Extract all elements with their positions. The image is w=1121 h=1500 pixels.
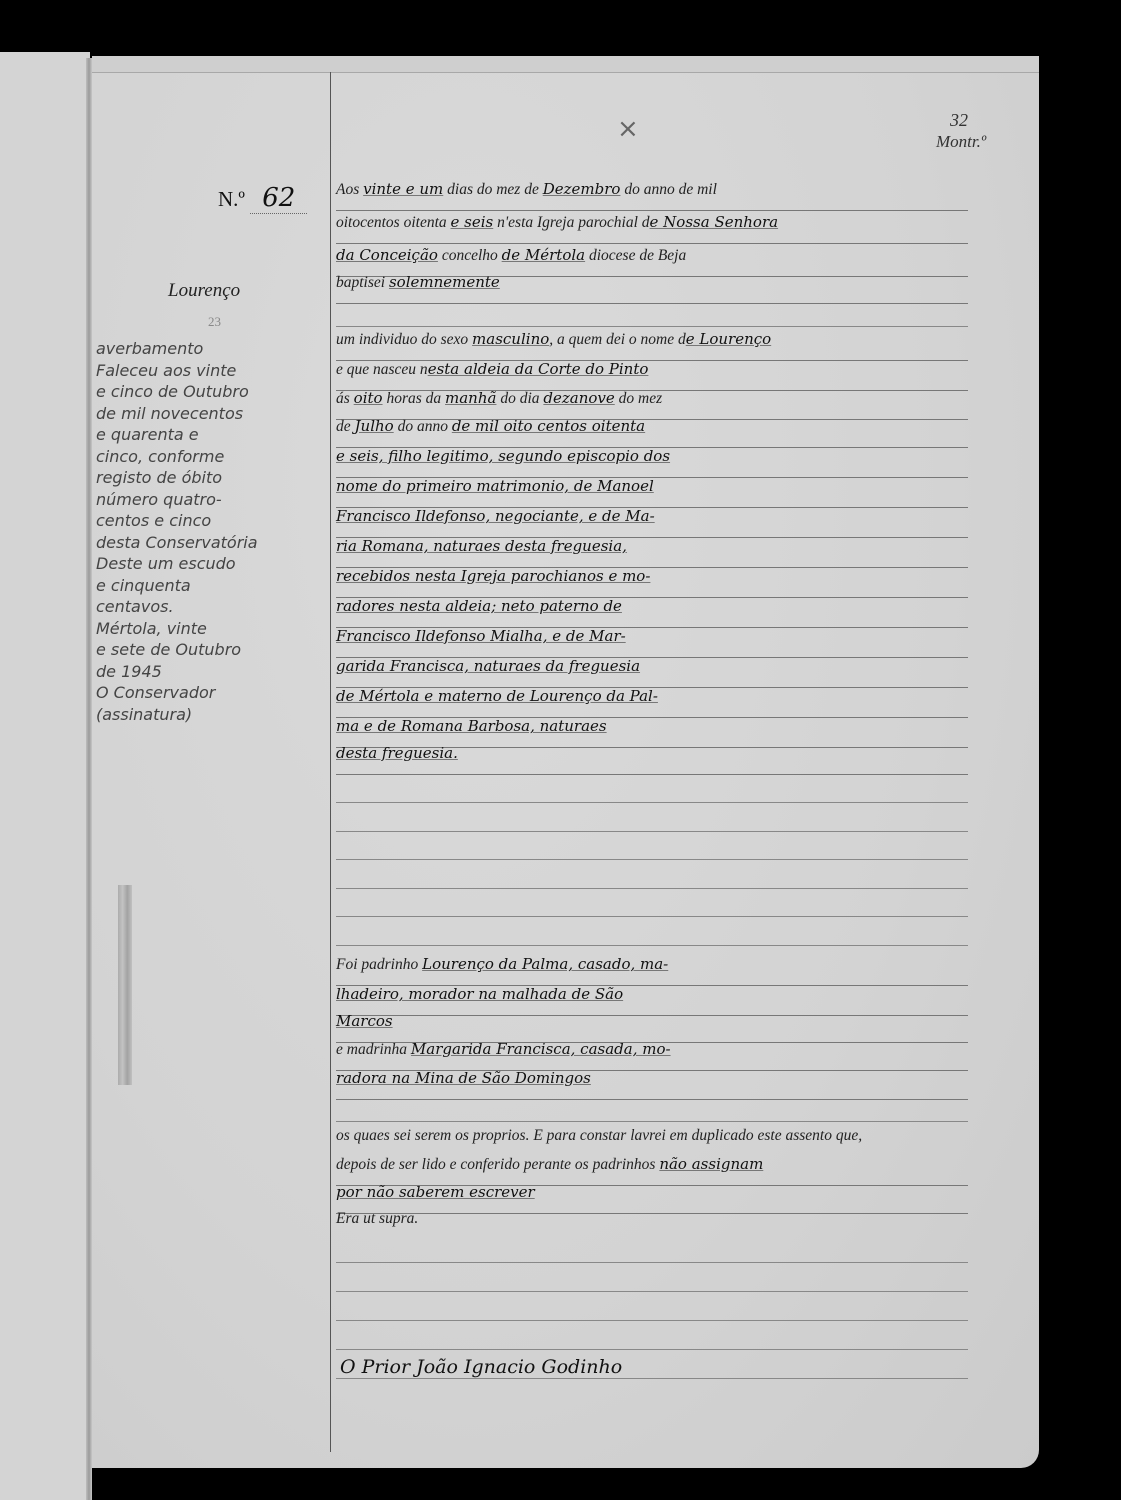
godfather-line: Marcos: [336, 1012, 968, 1043]
godmother-line: radora na Mina de São Domingos: [336, 1069, 968, 1100]
entry-number: N.º 62: [218, 183, 307, 213]
annotation-line: centos e cinco: [96, 510, 328, 532]
ruled-line: [336, 1291, 968, 1292]
printed-text: e que nasceu n: [336, 361, 428, 378]
ruled-line: [336, 802, 968, 803]
handwritten-text: ria Romana, naturaes desta freguesia,: [336, 537, 627, 555]
handwritten-text: radores nesta aldeia; neto paterno de: [336, 597, 622, 615]
annotation-line: e cinquenta: [96, 575, 328, 597]
handwritten-text: por não saberem escrever: [336, 1183, 535, 1201]
closing-line: depois de ser lido e conferido perante o…: [336, 1155, 968, 1186]
handwritten-text: vinte e um: [363, 180, 443, 198]
handwritten-text: não assignam: [659, 1155, 763, 1173]
bookmark-ribbon: [118, 885, 132, 1085]
printed-text: horas da: [383, 390, 445, 407]
body-line: de Julho do anno de mil oito centos oite…: [336, 417, 968, 448]
handwritten-text: oito: [354, 389, 383, 407]
body-line: ás oito horas da manhã do dia dezanove d…: [336, 389, 968, 420]
handwritten-text: e Lourenço: [686, 330, 771, 348]
body-line: ria Romana, naturaes desta freguesia,: [336, 537, 968, 568]
handwritten-text: Lourenço da Palma, casado, ma-: [422, 955, 668, 973]
handwritten-text: ma e de Romana Barbosa, naturaes: [336, 717, 607, 735]
handwritten-text: dezanove: [543, 389, 614, 407]
handwritten-text: e seis, filho legitimo, segundo episcopi…: [336, 447, 670, 465]
body-line: Francisco Ildefonso, negociante, e de Ma…: [336, 507, 968, 538]
ruled-line: [336, 831, 968, 832]
godfather-line: Foi padrinho Lourenço da Palma, casado, …: [336, 955, 968, 986]
ruled-line: [336, 916, 968, 917]
entry-number-label: N.º: [218, 187, 245, 211]
closing-line: os quaes sei serem os proprios. E para c…: [336, 1127, 968, 1157]
printed-text: e madrinha: [336, 1041, 411, 1058]
priest-signature: O Prior João Ignacio Godinho: [340, 1356, 622, 1378]
margin-rule-line: [330, 72, 331, 1452]
annotation-line: e sete de Outubro: [96, 639, 328, 661]
handwritten-text: Francisco Ildefonso, negociante, e de Ma…: [336, 507, 655, 525]
body-line: e que nasceu nesta aldeia da Corte do Pi…: [336, 360, 968, 391]
handwritten-text: de Mértola: [502, 246, 585, 264]
annotation-line: centavos.: [96, 596, 328, 618]
ruled-line: [336, 859, 968, 860]
margin-baptized-name: Lourenço: [168, 280, 240, 302]
printed-text: n'esta Igreja parochial d: [493, 214, 649, 231]
ruled-line: [336, 1378, 968, 1379]
handwritten-text: de Mértola e materno de Lourenço da Pal-: [336, 687, 658, 705]
handwritten-text: e Nossa Senhora: [650, 213, 779, 231]
printed-text: do mez: [615, 390, 662, 407]
printed-text: Aos: [336, 181, 363, 198]
handwritten-text: Margarida Francisca, casada, mo-: [411, 1040, 671, 1058]
annotation-signature: (assinatura): [96, 704, 328, 726]
handwritten-text: desta freguesia.: [336, 744, 458, 762]
printed-text: Era ut supra.: [336, 1210, 418, 1227]
body-line: radores nesta aldeia; neto paterno de: [336, 597, 968, 628]
handwritten-text: recebidos nesta Igreja parochianos e mo-: [336, 567, 650, 585]
page-top-edge: [92, 56, 1039, 73]
handwritten-text: nome do primeiro matrimonio, de Manoel: [336, 477, 654, 495]
handwritten-text: garida Francisca, naturaes da freguesia: [336, 657, 640, 675]
ruled-line: [336, 326, 968, 327]
corner-x-mark: ×: [617, 114, 639, 144]
printed-text: do anno de mil: [620, 181, 716, 198]
ruled-line: [336, 1320, 968, 1321]
printed-text: do anno: [394, 418, 452, 435]
annotation-line: averbamento: [96, 338, 328, 360]
annotation-line: número quatro-: [96, 489, 328, 511]
annotation-line: Mértola, vinte: [96, 618, 328, 640]
body-line: recebidos nesta Igreja parochianos e mo-: [336, 567, 968, 598]
printed-text: Foi padrinho: [336, 956, 422, 973]
printed-text: concelho: [438, 247, 502, 264]
body-line: e seis, filho legitimo, segundo episcopi…: [336, 447, 968, 478]
printed-text: os quaes sei serem os proprios. E para c…: [336, 1127, 862, 1144]
handwritten-text: Julho: [355, 417, 394, 435]
godmother-line: e madrinha Margarida Francisca, casada, …: [336, 1040, 968, 1071]
body-line: de Mértola e materno de Lourenço da Pal-: [336, 687, 968, 718]
handwritten-text: esta aldeia da Corte do Pinto: [428, 360, 649, 378]
printed-text: baptisei: [336, 274, 389, 291]
margin-death-annotation: averbamento Faleceu aos vinte e cinco de…: [96, 338, 328, 725]
page-note: Montr.º: [936, 132, 986, 152]
body-line: Francisco Ildefonso Mialha, e de Mar-: [336, 627, 968, 658]
annotation-line: e cinco de Outubro: [96, 381, 328, 403]
printed-text: dias do mez de: [443, 181, 542, 198]
printed-text: diocese de Beja: [585, 247, 686, 264]
handwritten-text: da Conceição: [336, 246, 438, 264]
entry-number-value: 62: [250, 183, 307, 214]
annotation-line: registo de óbito: [96, 467, 328, 489]
printed-text: ás: [336, 390, 354, 407]
handwritten-text: masculino: [472, 330, 549, 348]
ruled-line: [336, 945, 968, 946]
printed-text: oitocentos oitenta: [336, 214, 451, 231]
ruled-line: [336, 1121, 968, 1122]
page-number: 32: [950, 110, 968, 131]
annotation-line: Deste um escudo: [96, 553, 328, 575]
body-line: nome do primeiro matrimonio, de Manoel: [336, 477, 968, 508]
handwritten-text: Marcos: [336, 1012, 393, 1030]
handwritten-text: radora na Mina de São Domingos: [336, 1069, 591, 1087]
handwritten-text: de mil oito centos oitenta: [452, 417, 645, 435]
printed-text: , a quem dei o nome d: [549, 331, 685, 348]
body-line: um individuo do sexo masculino, a quem d…: [336, 330, 968, 361]
body-line: baptisei solemnemente: [336, 273, 968, 304]
annotation-line: de mil novecentos: [96, 403, 328, 425]
annotation-line: O Conservador: [96, 682, 328, 704]
closing-line: Era ut supra.: [336, 1210, 968, 1240]
margin-stamp-number: 23: [208, 314, 221, 330]
handwritten-text: solemnemente: [389, 273, 500, 291]
handwritten-text: Dezembro: [543, 180, 621, 198]
printed-text: um individuo do sexo: [336, 331, 472, 348]
ruled-line: [336, 1349, 968, 1350]
printed-text: do dia: [496, 390, 543, 407]
annotation-line: de 1945: [96, 661, 328, 683]
body-line: oitocentos oitenta e seis n'esta Igreja …: [336, 213, 968, 244]
body-line: garida Francisca, naturaes da freguesia: [336, 657, 968, 688]
annotation-line: desta Conservatória: [96, 532, 328, 554]
printed-text: depois de ser lido e conferido perante o…: [336, 1156, 659, 1173]
handwritten-text: e seis: [451, 213, 494, 231]
handwritten-text: manhã: [445, 389, 496, 407]
annotation-line: e quarenta e: [96, 424, 328, 446]
ruled-line: [336, 888, 968, 889]
handwritten-text: Francisco Ildefonso Mialha, e de Mar-: [336, 627, 626, 645]
ruled-line: [336, 1262, 968, 1263]
body-line: Aos vinte e um dias do mez de Dezembro d…: [336, 180, 968, 211]
handwritten-text: lhadeiro, morador na malhada de São: [336, 985, 623, 1003]
annotation-line: Faleceu aos vinte: [96, 360, 328, 382]
annotation-line: cinco, conforme: [96, 446, 328, 468]
printed-text: de: [336, 418, 355, 435]
body-line: desta freguesia.: [336, 744, 968, 775]
facing-left-page: [0, 52, 90, 1500]
